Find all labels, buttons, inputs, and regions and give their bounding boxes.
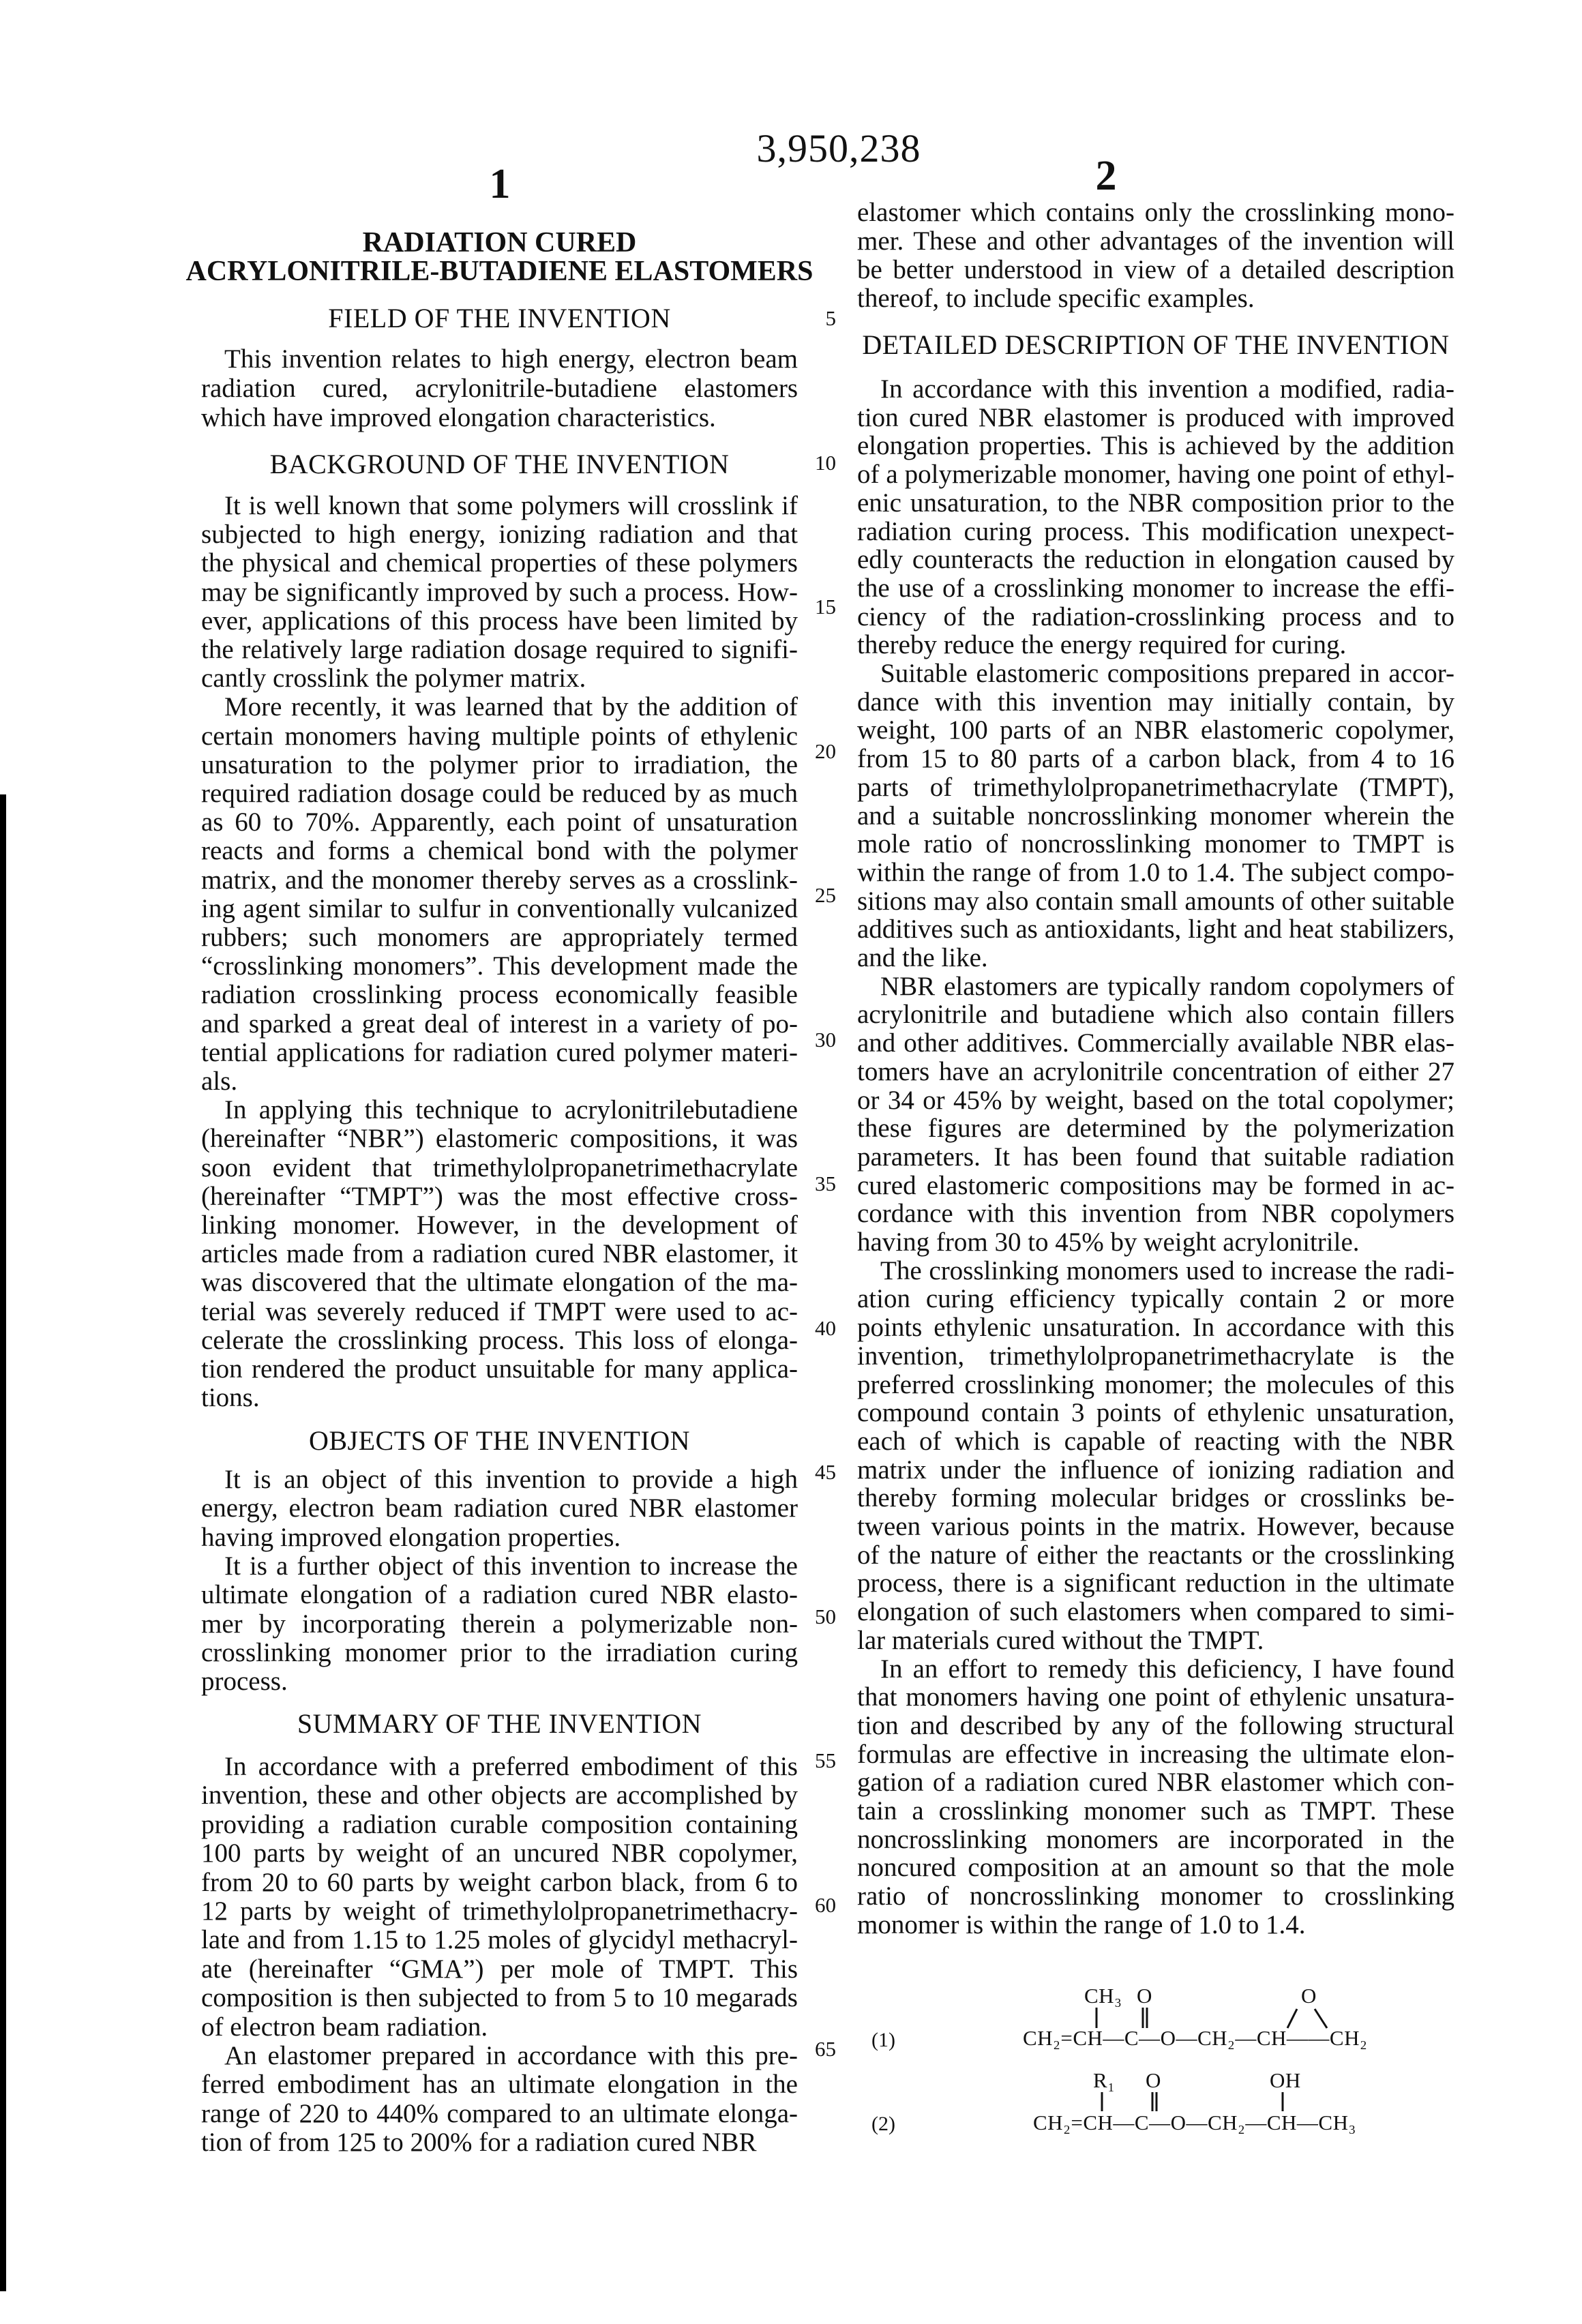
text-line: elongation of such elastomers when compa… (857, 1597, 1454, 1627)
text-line: certain monomers having multiple points … (201, 721, 798, 751)
text-line: having improved elongation properties. (201, 1523, 798, 1553)
text-line: and other additives. Commercially availa… (857, 1028, 1454, 1058)
text-line: als. (201, 1067, 798, 1097)
column-number-2: 2 (1072, 154, 1140, 198)
text-line: soon evident that trimethylolpropanetrim… (201, 1153, 798, 1183)
text-line: late and from 1.15 to 1.25 moles of glyc… (201, 1925, 798, 1955)
text-line: compound contain 3 points of ethylenic u… (857, 1398, 1454, 1428)
line-number: 45 (799, 1461, 836, 1484)
text-line: and a suitable noncrosslinking monomer w… (857, 801, 1454, 831)
text-line: energy, electron beam radiation cured NB… (201, 1493, 798, 1523)
line-number: 35 (799, 1172, 836, 1195)
text-line: 100 parts by weight of an uncured NBR co… (201, 1838, 798, 1868)
text-line: noncrosslinking monomers are incorporate… (857, 1825, 1454, 1855)
text-line: It is a further object of this invention… (201, 1551, 798, 1581)
text-line: range of 220 to 440% compared to an ulti… (201, 2099, 798, 2129)
text-line: cured elastomeric compositions may be fo… (857, 1171, 1454, 1201)
line-number: 55 (799, 1749, 836, 1772)
text-line: It is an object of this invention to pro… (201, 1465, 798, 1495)
text-line: unsaturation to the polymer prior to irr… (201, 750, 798, 780)
text-line: More recently, it was learned that by th… (201, 692, 798, 722)
section-heading: FIELD OF THE INVENTION (159, 303, 841, 334)
formula-substituent: O (1146, 2069, 1161, 2092)
text-line: celerate the crosslinking process. This … (201, 1326, 798, 1356)
formula-substituent: O (1301, 1984, 1317, 2008)
text-line: crosslinking monomer prior to the irradi… (201, 1638, 798, 1668)
text-line: acrylonitrile and butadiene which also c… (857, 1000, 1454, 1030)
text-line: rubbers; such monomers are appropriately… (201, 923, 798, 953)
text-line: NBR elastomers are typically random copo… (857, 972, 1454, 1002)
text-line: noncured composition at an amount so tha… (857, 1853, 1454, 1883)
text-line: was discovered that the ultimate elongat… (201, 1268, 798, 1298)
text-line: The crosslinking monomers used to increa… (857, 1256, 1454, 1286)
text-line: “crosslinking monomers”. This developmen… (201, 951, 798, 981)
line-number: 40 (799, 1317, 836, 1340)
text-line: subjected to high energy, ionizing radia… (201, 520, 798, 550)
text-line: thereby reduce the energy required for c… (857, 630, 1454, 660)
text-line: ate (hereinafter “GMA”) per mole of TMPT… (201, 1954, 798, 1984)
text-line: or 34 or 45% by weight, based on the tot… (857, 1086, 1454, 1116)
text-line: reacts and forms a chemical bond with th… (201, 836, 798, 866)
text-line: composition is then subjected to from 5 … (201, 1983, 798, 2013)
line-number: 25 (799, 884, 836, 907)
text-line: thereof, to include specific examples. (857, 284, 1454, 314)
section-heading: OBJECTS OF THE INVENTION (159, 1425, 841, 1457)
text-line: of the nature of either the reactants or… (857, 1540, 1454, 1570)
text-line: This invention relates to high energy, e… (201, 344, 798, 374)
text-line: parts of trimethylolpropanetrimethacryla… (857, 773, 1454, 803)
text-line: process. (201, 1667, 798, 1697)
title-line: ACRYLONITRILE-BUTADIENE ELASTOMERS (159, 256, 841, 287)
text-line: the use of a crosslinking monomer to inc… (857, 573, 1454, 604)
text-line: and sparked a great deal of interest in … (201, 1009, 798, 1039)
section-heading: BACKGROUND OF THE INVENTION (159, 449, 841, 480)
patent-number: 3,950,238 (0, 128, 1582, 169)
text-line: tween various points in the matrix. Howe… (857, 1512, 1454, 1542)
line-number: 65 (799, 2038, 836, 2061)
text-line: ation curing efficiency typically contai… (857, 1284, 1454, 1314)
text-line: monomer is within the range of 1.0 to 1.… (857, 1910, 1454, 1940)
formula-substituent: R₁ (1093, 2069, 1115, 2092)
text-line: mole ratio of noncrosslinking monomer to… (857, 829, 1454, 859)
formula-main-chain: CH₂=CH—C—O—CH₂—CH——CH₂ (1023, 2027, 1367, 2050)
text-line: parameters. It has been found that suita… (857, 1142, 1454, 1172)
text-line: ever, applications of this process have … (201, 606, 798, 636)
text-line: preferred crosslinking monomer; the mole… (857, 1370, 1454, 1400)
text-line: of a polymerizable monomer, having one p… (857, 460, 1454, 490)
formula-substituent: OH (1270, 2069, 1301, 2092)
formula-substituent: O (1137, 1984, 1152, 2008)
text-line: gation of a radiation cured NBR elastome… (857, 1768, 1454, 1798)
text-line: elastomer which contains only the crossl… (857, 198, 1454, 228)
text-line: tion of from 125 to 200% for a radiation… (201, 2128, 798, 2158)
line-number: 5 (799, 307, 836, 330)
text-line: additives such as antioxidants, light an… (857, 914, 1454, 944)
text-line: having from 30 to 45% by weight acryloni… (857, 1227, 1454, 1257)
text-line: An elastomer prepared in accordance with… (201, 2041, 798, 2071)
text-line: formulas are effective in increasing the… (857, 1740, 1454, 1770)
text-line: cordance with this invention from NBR co… (857, 1199, 1454, 1229)
line-number: 10 (799, 451, 836, 475)
text-line: invention, trimethylolpropanetrimethacry… (857, 1341, 1454, 1371)
formula-main-chain: CH₂=CH—C—O—CH₂—CH—CH₃ (1033, 2111, 1356, 2134)
text-line: sitions may also contain small amounts o… (857, 887, 1454, 917)
formula-substituent: CH₃ (1084, 1984, 1122, 2008)
text-line: each of which is capable of reacting wit… (857, 1427, 1454, 1457)
text-line: ing agent similar to sulfur in conventio… (201, 894, 798, 924)
text-line: radiation crosslinking process economica… (201, 980, 798, 1010)
text-line: tions. (201, 1383, 798, 1413)
text-line: (hereinafter “TMPT”) was the most effect… (201, 1182, 798, 1212)
text-line: ultimate elongation of a radiation cured… (201, 1580, 798, 1610)
text-line: which have improved elongation character… (201, 403, 798, 433)
text-line: matrix under the influence of ionizing r… (857, 1455, 1454, 1485)
text-line: In applying this technique to acrylonitr… (201, 1095, 798, 1125)
text-line: thereby forming molecular bridges or cro… (857, 1483, 1454, 1513)
text-line: radiation curing process. This modificat… (857, 517, 1454, 547)
text-line: weight, 100 parts of an NBR elastomeric … (857, 715, 1454, 745)
text-line: 12 parts by weight of trimethylolpropane… (201, 1896, 798, 1926)
text-line: mer. These and other advantages of the i… (857, 226, 1454, 256)
line-number: 30 (799, 1028, 836, 1052)
text-line: required radiation dosage could be reduc… (201, 779, 798, 809)
text-line: elongation properties. This is achieved … (857, 431, 1454, 461)
text-line: invention, these and other objects are a… (201, 1781, 798, 1811)
text-line: In an effort to remedy this deficiency, … (857, 1654, 1454, 1684)
line-number: 20 (799, 740, 836, 763)
text-line: terial was severely reduced if TMPT were… (201, 1297, 798, 1327)
text-line: within the range of from 1.0 to 1.4. The… (857, 858, 1454, 888)
text-line: lar materials cured without the TMPT. (857, 1626, 1454, 1656)
column-number-1: 1 (466, 162, 534, 206)
text-line: from 20 to 60 parts by weight carbon bla… (201, 1868, 798, 1898)
text-line: edly counteracts the reduction in elonga… (857, 545, 1454, 575)
section-heading: SUMMARY OF THE INVENTION (159, 1708, 841, 1740)
text-line: process, there is a significant reductio… (857, 1568, 1454, 1598)
text-line: linking monomer. However, in the develop… (201, 1210, 798, 1240)
text-line: tion rendered the product unsuitable for… (201, 1354, 798, 1384)
text-line: that monomers having one point of ethyle… (857, 1682, 1454, 1712)
text-line: and the like. (857, 943, 1454, 973)
text-line: ferred embodiment has an ultimate elonga… (201, 2070, 798, 2100)
text-line: In accordance with a preferred embodimen… (201, 1752, 798, 1782)
text-line: dance with this invention may initially … (857, 687, 1454, 717)
text-line: Suitable elastomeric compositions prepar… (857, 659, 1454, 689)
text-line: tion and described by any of the followi… (857, 1711, 1454, 1741)
text-line: tential applications for radiation cured… (201, 1038, 798, 1068)
text-line: of electron beam radiation. (201, 2012, 798, 2042)
text-line: the relatively large radiation dosage re… (201, 635, 798, 665)
text-line: cantly crosslink the polymer matrix. (201, 664, 798, 694)
line-number: 50 (799, 1605, 836, 1628)
text-line: (hereinafter “NBR”) elastomeric composit… (201, 1124, 798, 1154)
text-line: In accordance with this invention a modi… (857, 374, 1454, 404)
formula-label: (2) (871, 2113, 895, 2136)
section-heading: DETAILED DESCRIPTION OF THE INVENTION (815, 329, 1497, 361)
text-line: radiation cured, acrylonitrile-butadiene… (201, 374, 798, 404)
text-line: these figures are determined by the poly… (857, 1114, 1454, 1144)
title-line: RADIATION CURED (159, 227, 841, 258)
text-line: tomers have an acrylonitrile concentrati… (857, 1057, 1454, 1087)
text-line: tain a crosslinking monomer such as TMPT… (857, 1796, 1454, 1826)
text-line: matrix, and the monomer thereby serves a… (201, 865, 798, 895)
text-line: the physical and chemical properties of … (201, 548, 798, 578)
text-line: ratio of noncrosslinking monomer to cros… (857, 1881, 1454, 1911)
text-line: tion cured NBR elastomer is produced wit… (857, 403, 1454, 433)
text-line: from 15 to 80 parts of a carbon black, f… (857, 744, 1454, 774)
text-line: mer by incorporating therein a polymeriz… (201, 1609, 798, 1639)
text-line: providing a radiation curable compositio… (201, 1810, 798, 1840)
text-line: It is well known that some polymers will… (201, 491, 798, 521)
line-number: 60 (799, 1894, 836, 1917)
text-line: enic unsaturation, to the NBR compositio… (857, 488, 1454, 518)
scan-margin-rule (0, 794, 6, 2291)
formula-label: (1) (871, 2029, 895, 2052)
text-line: articles made from a radiation cured NBR… (201, 1239, 798, 1269)
text-line: may be significantly improved by such a … (201, 578, 798, 608)
text-line: ciency of the radiation-crosslinking pro… (857, 602, 1454, 632)
text-line: as 60 to 70%. Apparently, each point of … (201, 807, 798, 837)
line-number: 15 (799, 595, 836, 619)
text-line: be better understood in view of a detail… (857, 255, 1454, 285)
text-line: points ethylenic unsaturation. In accord… (857, 1313, 1454, 1343)
